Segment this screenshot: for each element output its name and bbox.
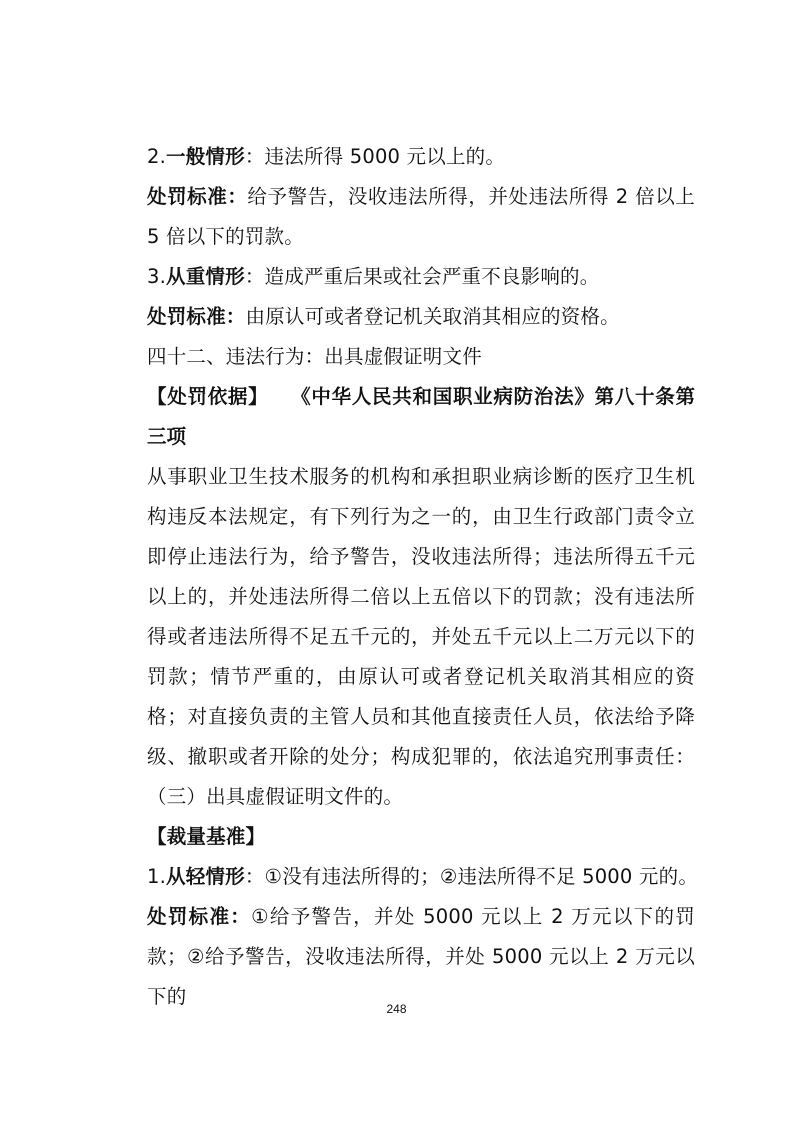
- basis-label: 【处罚依据】: [147, 385, 268, 408]
- violation-heading: 四十二、违法行为：出具虚假证明文件: [107, 337, 695, 377]
- case-text: 违法所得 5000 元以上的。: [265, 145, 506, 168]
- case-label: 从重情形: [166, 265, 245, 288]
- mitigated-case-line: 1.从轻情形：①没有违法所得的；②违法所得不足 5000 元的。: [107, 857, 695, 897]
- document-page: 2.一般情形：违法所得 5000 元以上的。 处罚标准：给予警告，没收违法所得，…: [107, 137, 695, 1017]
- case-number: 2.: [147, 145, 166, 168]
- general-case-line: 2.一般情形：违法所得 5000 元以上的。: [107, 137, 695, 177]
- case-label: 一般情形: [166, 145, 245, 168]
- case-number: 3.: [147, 265, 166, 288]
- standard-label: 处罚标准：: [147, 305, 246, 328]
- aggravated-penalty-standard: 处罚标准：由原认可或者登记机关取消其相应的资格。: [107, 297, 695, 337]
- discretion-standard-heading: 【裁量基准】: [107, 817, 695, 857]
- case-separator: ：: [245, 145, 265, 168]
- case-text: 造成严重后果或社会严重不良影响的。: [265, 265, 600, 288]
- case-separator: ：: [245, 865, 265, 888]
- standard-label: 处罚标准：: [147, 185, 247, 208]
- page-number: 248: [0, 1002, 793, 1016]
- law-article-body: 从事职业卫生技术服务的机构和承担职业病诊断的医疗卫生机构违反本法规定，有下列行为…: [107, 457, 695, 817]
- case-label: 从轻情形: [166, 865, 245, 888]
- case-separator: ：: [245, 265, 265, 288]
- standard-text: 由原认可或者登记机关取消其相应的资格。: [246, 305, 620, 328]
- case-number: 1.: [147, 865, 166, 888]
- aggravated-case-line: 3.从重情形：造成严重后果或社会严重不良影响的。: [107, 257, 695, 297]
- mitigated-penalty-standard: 处罚标准：①给予警告，并处 5000 元以上 2 万元以下的罚款；②给予警告，没…: [107, 897, 695, 1017]
- standard-label: 处罚标准：: [147, 905, 251, 928]
- general-penalty-standard: 处罚标准：给予警告，没收违法所得，并处违法所得 2 倍以上 5 倍以下的罚款。: [107, 177, 695, 257]
- case-text: ①没有违法所得的；②违法所得不足 5000 元的。: [265, 865, 699, 888]
- penalty-basis: 【处罚依据】《中华人民共和国职业病防治法》第八十条第三项: [107, 377, 695, 457]
